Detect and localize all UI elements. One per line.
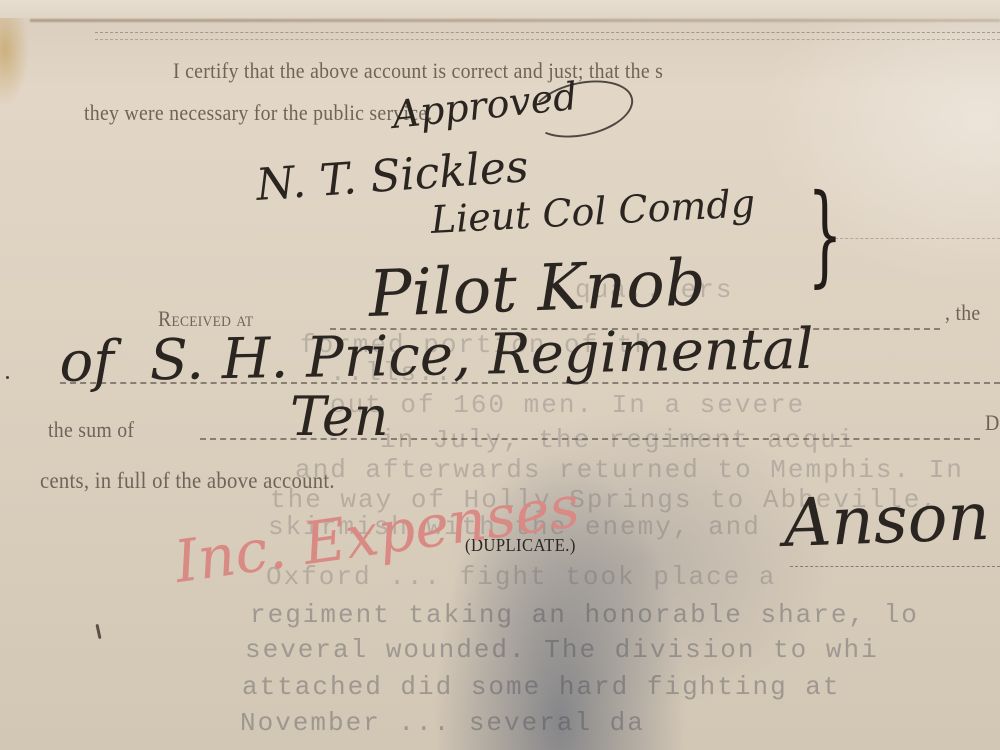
payee-name: S. H. Price, Regimental	[149, 317, 814, 394]
sum-of-label: the sum of	[48, 417, 134, 443]
paper-top-edge	[0, 0, 1000, 18]
bleed-through-line: in July, the regiment acqui	[380, 425, 855, 455]
bleed-through-line: several wounded. The division to whi	[245, 635, 879, 665]
of-label: of	[59, 329, 115, 395]
the-label: , the	[945, 300, 980, 326]
fold-line	[30, 19, 1000, 22]
signature-brace: }	[808, 170, 843, 298]
handwritten-payee-signature: Anson	[782, 478, 991, 562]
bleed-through-line: regiment taking an honorable share, lo	[250, 600, 919, 630]
bleed-through-line: attached did some hard fighting at	[242, 672, 841, 702]
dollars-label: D	[985, 410, 1000, 436]
payee-signature-line	[790, 566, 1000, 567]
margin-mark	[6, 376, 9, 379]
certify-line-2: they were necessary for the public servi…	[84, 100, 433, 126]
cents-line: cents, in full of the above account.	[40, 468, 335, 494]
bleed-through-line: and afterwards returned to Memphis. In	[295, 455, 964, 485]
bleed-through-line: November ... several da	[240, 708, 645, 738]
handwritten-sum-amount: Ten	[290, 385, 389, 448]
signature-line	[830, 238, 1000, 239]
bleed-through-line: out of 160 men. In a severe	[330, 390, 805, 420]
top-ruled-lines	[95, 32, 1000, 40]
handwritten-of-person: of S. H. Price, Regimental	[59, 317, 814, 395]
